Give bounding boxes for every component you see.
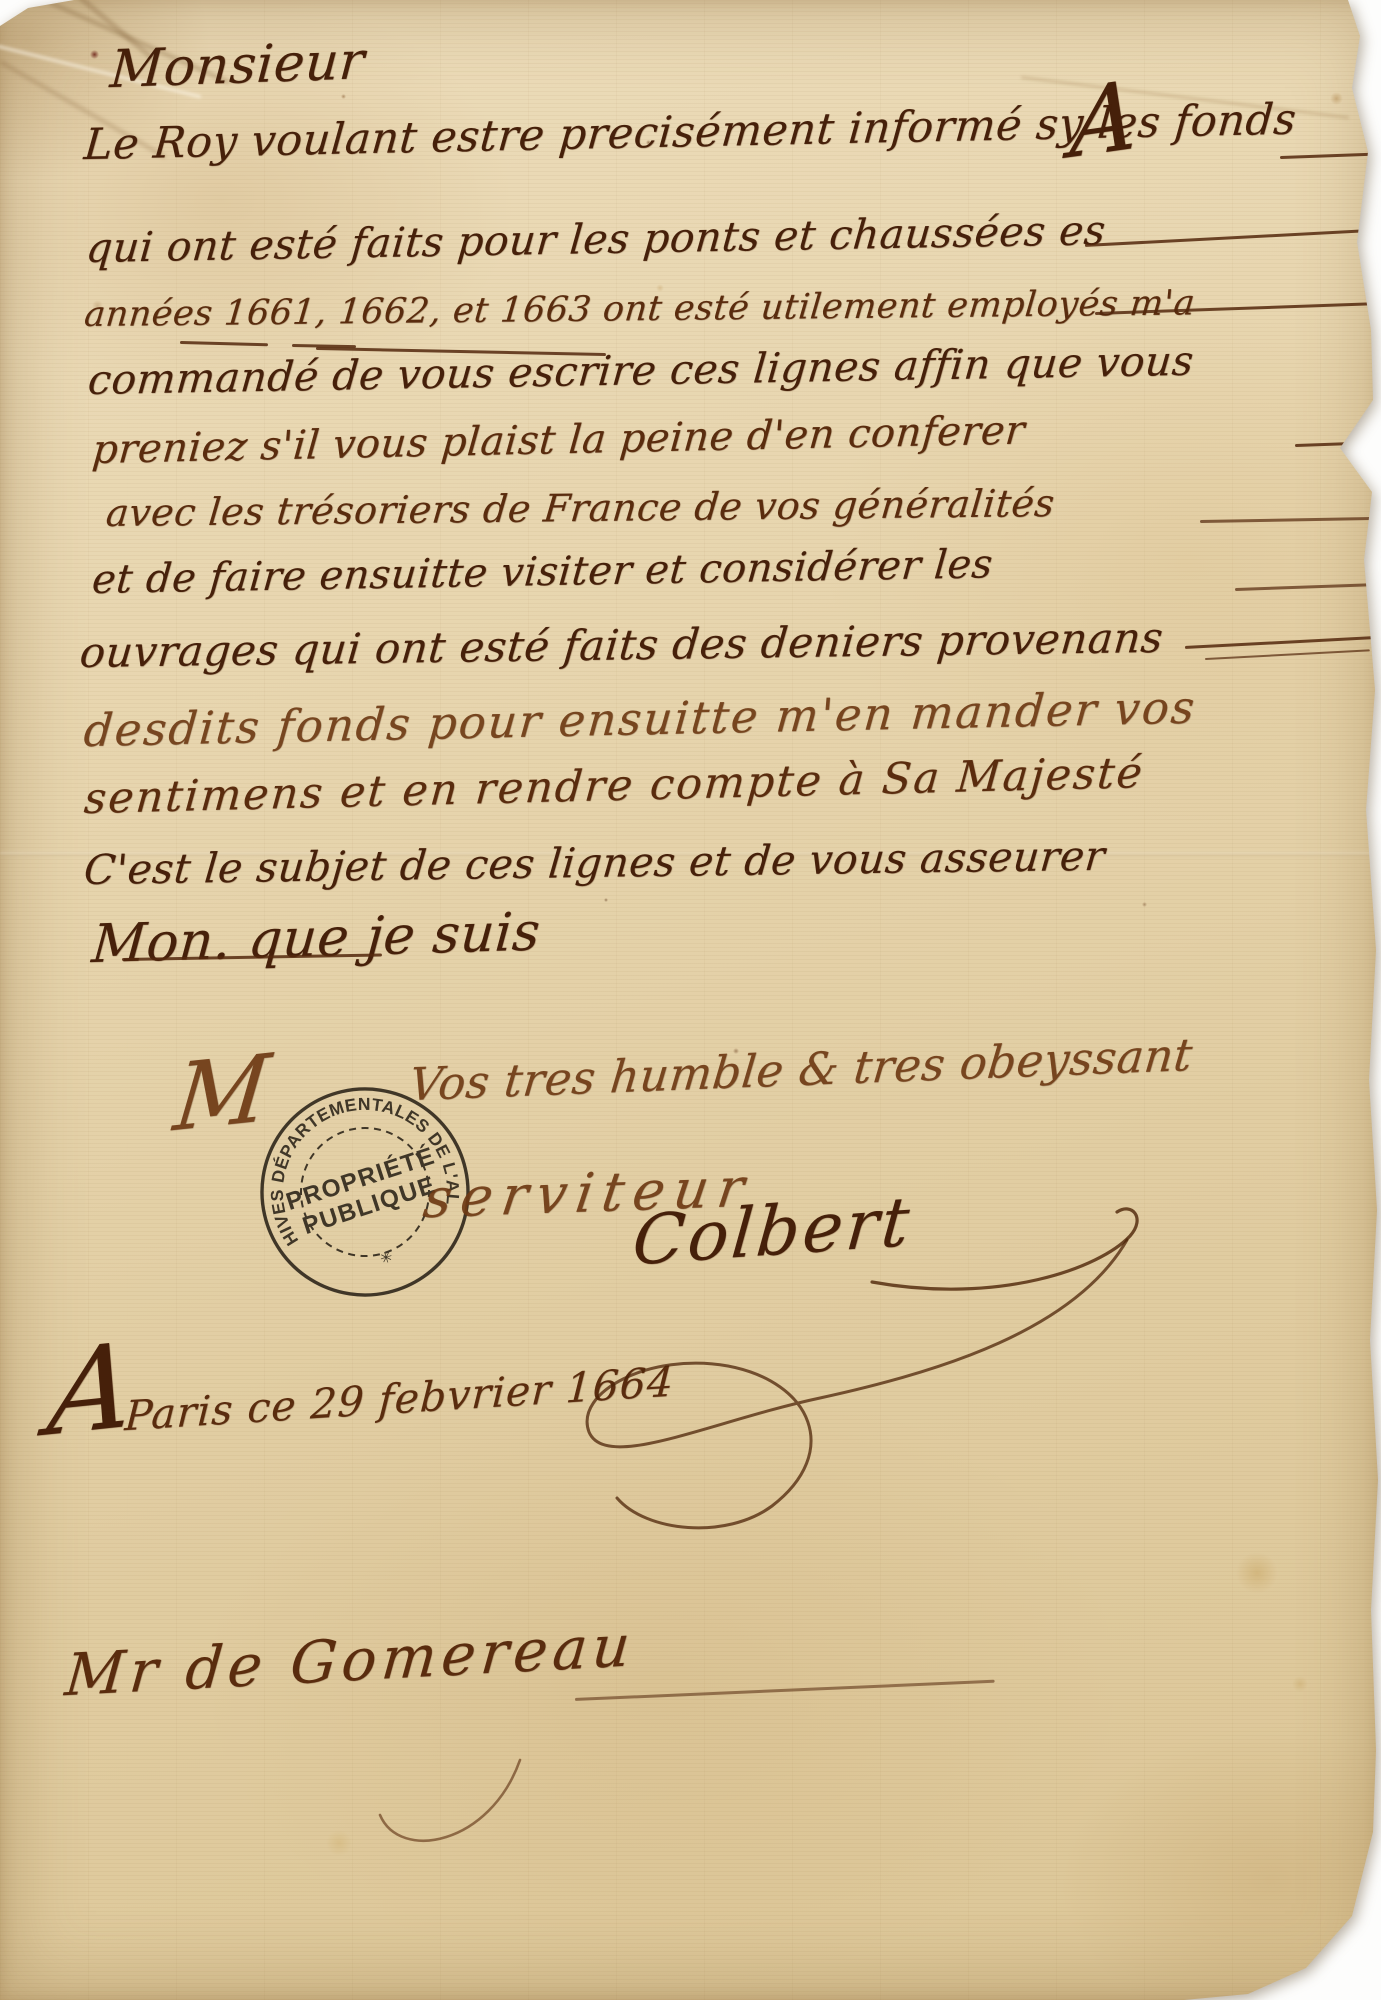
line-filler-dash: [1205, 649, 1370, 660]
address-filler-dash: [575, 1680, 995, 1701]
paper-shadow: ARCHIVES DÉPARTEMENTALES DE L'ALLIER PRO…: [0, 0, 1381, 2000]
stamp-ornament-star: ✳: [378, 1248, 395, 1268]
ink-speck: [341, 94, 346, 99]
line-filler-dash: [1085, 229, 1373, 247]
line-filler-dash: [1295, 441, 1380, 447]
letter-line: et de faire ensuitte visiter et considér…: [90, 544, 994, 600]
letter-line: desdits fonds pour ensuitte m'en mander …: [82, 685, 1198, 753]
monogram: M: [170, 1042, 274, 1145]
date-line: Paris ce 29 febvrier 1664: [124, 1361, 676, 1437]
signature: Colbert: [630, 1189, 915, 1277]
ink-speck: [90, 50, 99, 59]
letter-line: C'est le subjet de ces lignes et de vous…: [82, 836, 1107, 891]
letter-line: commandé de vous escrire ces lignes affi…: [86, 341, 1195, 401]
letter-line: preniez s'il vous plaist la peine d'en c…: [91, 410, 1027, 470]
letter-line: sentimens et en rendre compte à Sa Majes…: [83, 752, 1146, 821]
stain: [1236, 1552, 1278, 1594]
stain: [1292, 1676, 1308, 1692]
letter-line: années 1661, 1662, et 1663 ont esté util…: [83, 286, 1197, 333]
ink-speck: [1142, 902, 1147, 907]
underline-1661: [180, 341, 268, 346]
aged-paper-sheet: ARCHIVES DÉPARTEMENTALES DE L'ALLIER PRO…: [0, 0, 1381, 2000]
line-filler-dash: [1235, 583, 1380, 591]
line-filler-dash: [1200, 517, 1380, 523]
scanned-letter-page: ARCHIVES DÉPARTEMENTALES DE L'ALLIER PRO…: [0, 0, 1381, 2000]
salutation: Monsieur: [108, 35, 366, 96]
ink-speck: [604, 898, 608, 902]
letter-line: avec les trésoriers de France de vos gén…: [104, 484, 1056, 532]
letter-line: qui ont esté faits pour les ponts et cha…: [84, 210, 1107, 269]
closing-line1: Vos tres humble & tres obeyssant: [407, 1032, 1194, 1107]
letter-line: ouvrages qui ont esté faits des deniers …: [78, 617, 1165, 674]
line-filler-dash: [1280, 153, 1375, 159]
stain: [326, 1830, 352, 1856]
line-filler-dash: [1185, 636, 1375, 649]
stain: [1330, 92, 1343, 105]
address-line: Mr de Gomereau: [63, 1616, 637, 1704]
letter-line: Mon. que je suis: [90, 905, 542, 971]
